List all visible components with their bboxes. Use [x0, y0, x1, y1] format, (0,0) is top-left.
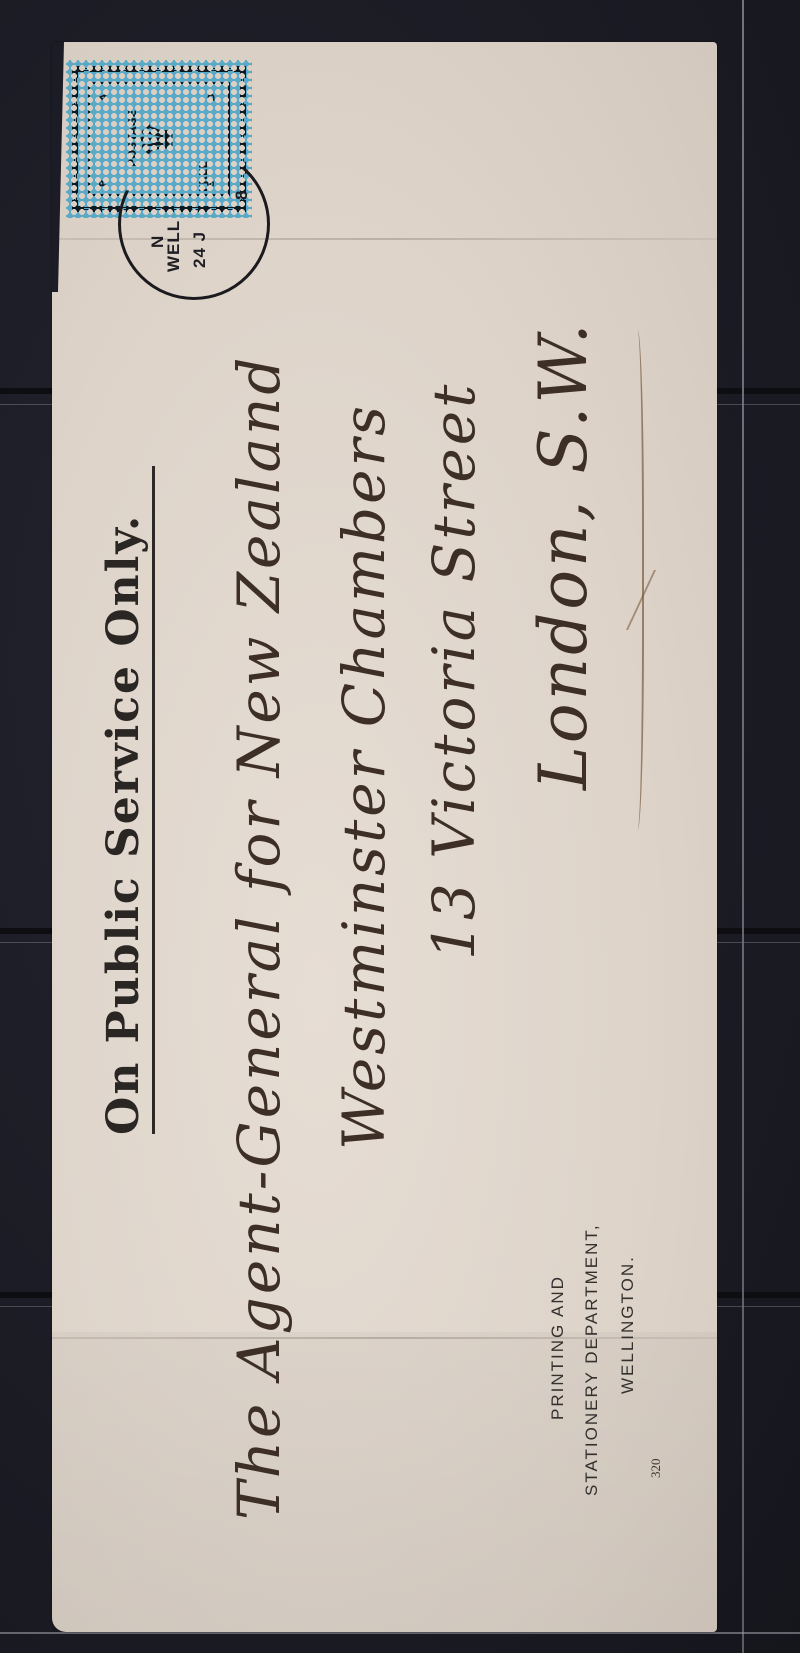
department-line: STATIONERY DEPARTMENT, — [582, 1223, 602, 1496]
postmark-line: WELL — [164, 220, 184, 272]
pen-flourish — [628, 330, 644, 830]
stamp-corner-letter: P — [98, 180, 109, 187]
address-line: 13 Victoria Street — [420, 382, 488, 960]
address-line: The Agent-General for New Zealand — [225, 354, 293, 1520]
postmark-line: 24 J — [190, 231, 210, 268]
stamp-corner-letter: S — [206, 180, 217, 187]
stamp-postage-text: POSTAGE — [126, 110, 139, 167]
stamp-free-text: FREE — [197, 161, 210, 192]
address-line: Westminster Chambers — [330, 403, 398, 1150]
department-line: WELLINGTON. — [618, 1255, 638, 1394]
stamp-corner-letter: D — [207, 93, 218, 101]
form-number: 320 — [648, 1459, 664, 1479]
department-line: PRINTING AND — [548, 1275, 568, 1420]
sleeve-edge — [742, 0, 744, 1653]
crown-icon: ♛ — [137, 119, 181, 158]
stamp-corner-letter: A — [98, 94, 109, 102]
heading-underline — [152, 466, 155, 1134]
postmark-year: 8 — [232, 190, 252, 200]
address-line: London, S.W. — [525, 320, 602, 790]
service-heading: On Public Service Only. — [98, 514, 149, 1135]
sleeve-bottom-edge — [0, 1632, 800, 1634]
